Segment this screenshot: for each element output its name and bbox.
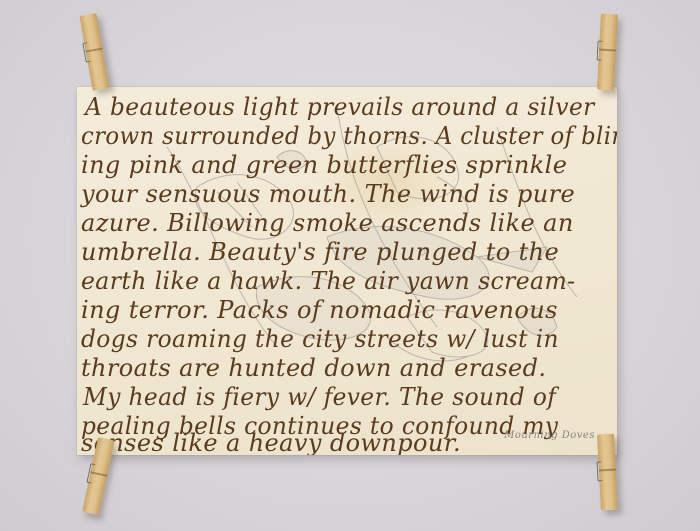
handwriting-line: earth like a hawk. The air yawn scream- [81, 267, 610, 296]
handwriting-line: A beauteous light prevails around a silv… [85, 93, 609, 122]
handwriting-line: umbrella. Beauty's fire plunged to the [81, 238, 617, 267]
handwriting-line: My head is fiery w/ fever. The sound of [83, 383, 607, 412]
handwriting-line: dogs roaming the city streets w/ lust in [81, 325, 605, 354]
poem-card: A beauteous light prevails around a silv… [77, 87, 617, 455]
printed-caption: Mourning Doves [504, 430, 595, 441]
handwriting-line: crown surrounded by thorns. A cluster of… [81, 122, 594, 151]
handwriting-line: throats are hunted down and erased. [81, 354, 617, 383]
handwriting-line: ing terror. Packs of nomadic ravenous [81, 296, 617, 325]
clothespin-top-right [597, 14, 618, 91]
handwriting-line: your sensuous mouth. The wind is pure [81, 180, 617, 209]
clothespin-top-left [80, 13, 110, 91]
handwriting-line: azure. Billowing smoke ascends like an [81, 209, 617, 238]
handwriting-line: ing pink and green butterflies sprinkle [81, 151, 617, 180]
